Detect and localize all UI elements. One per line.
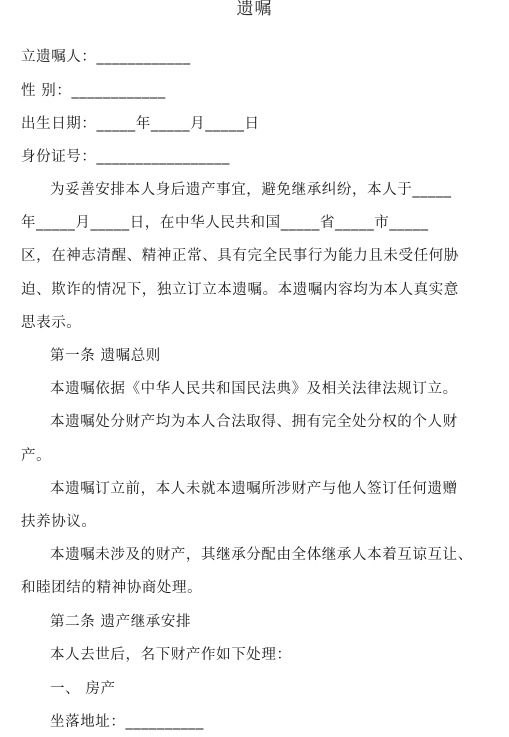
article-1-clause-4-line-2: 和睦团结的精神协商处理。: [21, 578, 202, 598]
preamble-line-3: 区，在神志清醒、精神正常、具有完全民事行为能力且未受任何胁: [21, 246, 459, 266]
article-1-clause-1: 本遗嘱依据《中华人民共和国民法典》及相关法律法规订立。: [50, 379, 458, 399]
preamble-line-1: 为妥善安排本人身后遗产事宜，避免继承纠纷，本人于_____: [50, 180, 452, 200]
document-title: 遗嘱: [0, 0, 509, 20]
gender-field: 性 别：____________: [21, 81, 166, 101]
article-1-clause-3-line-2: 扶养协议。: [21, 512, 97, 532]
id-number-field: 身份证号：_________________: [21, 147, 230, 167]
preamble-line-2: 年_____月_____日，在中华人民共和国_____省_____市_____: [21, 213, 429, 233]
preamble-line-5: 思表示。: [21, 313, 81, 333]
property-address-field: 坐落地址：__________: [50, 712, 204, 732]
article-2-intro: 本人去世后，名下财产作如下处理：: [50, 645, 292, 665]
article-1-clause-2-line-2: 产。: [21, 446, 51, 466]
birth-date-field: 出生日期：_____年_____月_____日: [21, 114, 260, 134]
testator-name-field: 立遗嘱人：____________: [21, 47, 191, 67]
property-item-heading: 一、 房产: [50, 679, 116, 699]
article-2-heading: 第二条 遗产继承安排: [50, 612, 191, 632]
article-1-clause-2-line-1: 本遗嘱处分财产均为本人合法取得、拥有完全处分权的个人财: [50, 412, 458, 432]
article-1-clause-3-line-1: 本遗嘱订立前，本人未就本遗嘱所涉财产与他人签订任何遗赠: [50, 479, 458, 499]
article-1-clause-4-line-1: 本遗嘱未涉及的财产，其继承分配由全体继承人本着互谅互让、: [50, 545, 473, 565]
article-1-heading: 第一条 遗嘱总则: [50, 346, 161, 366]
preamble-line-4: 迫、欺诈的情况下，独立订立本遗嘱。本遗嘱内容均为本人真实意: [21, 280, 459, 300]
